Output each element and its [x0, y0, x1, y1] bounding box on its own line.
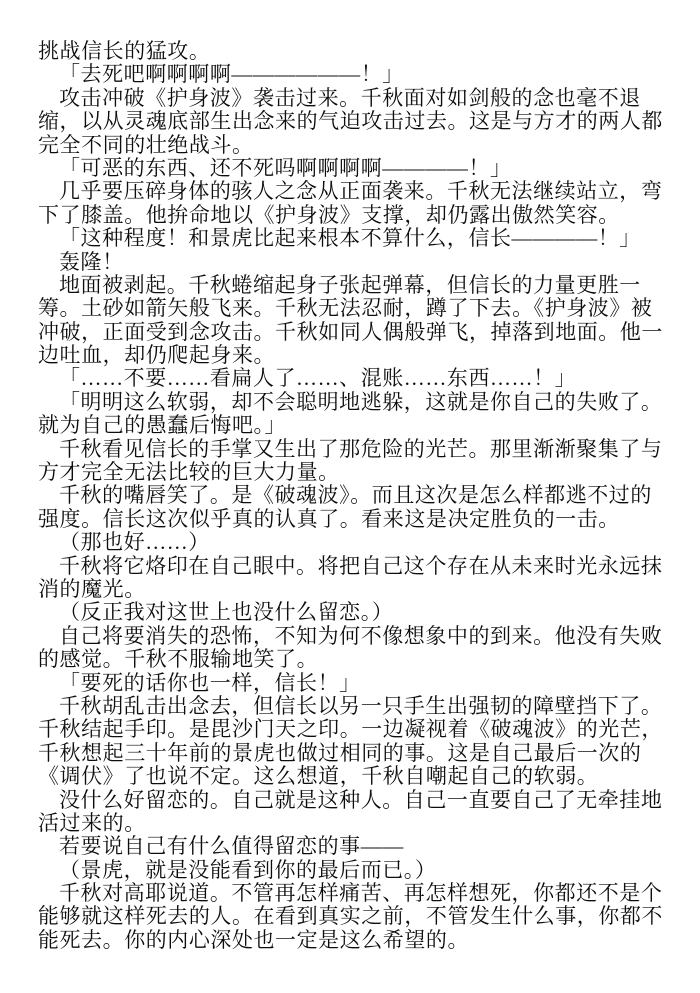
text-line: 完全不同的壮绝战斗。 — [38, 134, 678, 157]
text-line: 方才完全无法比较的巨大力量。 — [38, 461, 678, 484]
text-line: 千秋胡乱击出念去，但信长以另一只手生出强韧的障壁挡下了。 — [38, 695, 678, 718]
novel-text-block: 挑战信长的猛攻。「去死吧啊啊啊啊——————！」攻击冲破《护身波》袭击过来。千秋… — [0, 0, 700, 952]
text-line: （反正我对这世上也没什么留恋。） — [38, 601, 678, 624]
text-line: 攻击冲破《护身波》袭击过来。千秋面对如剑般的念也毫不退 — [38, 87, 678, 110]
text-line: 消的魔光。 — [38, 578, 678, 601]
text-line: 筹。土砂如箭矢般飞来。千秋无法忍耐，蹲了下去。《护身波》被 — [38, 297, 678, 320]
text-line: 强度。信长这次似乎真的认真了。看来这是决定胜负的一击。 — [38, 508, 678, 531]
text-line: （那也好……） — [38, 531, 678, 554]
text-line: 地面被剥起。千秋蜷缩起身子张起弹幕，但信长的力量更胜一 — [38, 274, 678, 297]
text-line: 冲破，正面受到念攻击。千秋如同人偶般弹飞，掉落到地面。他一 — [38, 321, 678, 344]
text-line: 若要说自己有什么值得留恋的事—— — [38, 835, 678, 858]
text-line: 千秋看见信长的手掌又生出了那危险的光芒。那里渐渐聚集了与 — [38, 438, 678, 461]
text-line: 活过来的。 — [38, 812, 678, 835]
text-line: （景虎，就是没能看到你的最后而已。） — [38, 859, 678, 882]
text-line: 边吐血，却仍爬起身来。 — [38, 344, 678, 367]
text-line: 「可恶的东西、还不死吗啊啊啊啊————！」 — [38, 157, 678, 180]
text-line: 就为自己的愚蠢后悔吧。」 — [38, 414, 678, 437]
text-line: 自己将要消失的恐怖，不知为何不像想象中的到来。他没有失败 — [38, 625, 678, 648]
text-line: 「明明这么软弱，却不会聪明地逃躲，这就是你自己的失败了。 — [38, 391, 678, 414]
text-line: 《调伏》了也说不定。这么想道，千秋自嘲起自己的软弱。 — [38, 765, 678, 788]
text-line: 千秋的嘴唇笑了。是《破魂波》。而且这次是怎么样都逃不过的 — [38, 484, 678, 507]
text-line: 千秋结起手印。是毘沙门天之印。一边凝视着《破魂波》的光芒， — [38, 718, 678, 741]
text-line: 挑战信长的猛攻。 — [38, 40, 678, 63]
text-line: 「去死吧啊啊啊啊——————！」 — [38, 63, 678, 86]
text-line: 几乎要压碎身体的骇人之念从正面袭来。千秋无法继续站立，弯 — [38, 180, 678, 203]
text-line: 轰隆！ — [38, 251, 678, 274]
text-line: 的感觉。千秋不服输地笑了。 — [38, 648, 678, 671]
text-line: 缩，以从灵魂底部生出念来的气迫攻击过去。这是与方才的两人都 — [38, 110, 678, 133]
text-line: 「这种程度！和景虎比起来根本不算什么，信长————！」 — [38, 227, 678, 250]
text-line: 能死去。你的内心深处也一定是这么希望的。 — [38, 929, 678, 952]
text-line: 「……不要……看扁人了……、混账……东西……！」 — [38, 367, 678, 390]
text-line: 能够就这样死去的人。在看到真实之前，不管发生什么事，你都不 — [38, 905, 678, 928]
text-line: 千秋将它烙印在自己眼中。将把自己这个存在从未来时光永远抹 — [38, 555, 678, 578]
text-line: 下了膝盖。他拚命地以《护身波》支撑，却仍露出傲然笑容。 — [38, 204, 678, 227]
text-line: 「要死的话你也一样，信长！」 — [38, 672, 678, 695]
text-line: 千秋想起三十年前的景虎也做过相同的事。这是自己最后一次的 — [38, 742, 678, 765]
novel-page: 挑战信长的猛攻。「去死吧啊啊啊啊——————！」攻击冲破《护身波》袭击过来。千秋… — [0, 0, 700, 993]
text-line: 千秋对高耶说道。不管再怎样痛苦、再怎样想死，你都还不是个 — [38, 882, 678, 905]
text-line: 没什么好留恋的。自己就是这种人。自己一直要自己了无牵挂地 — [38, 789, 678, 812]
